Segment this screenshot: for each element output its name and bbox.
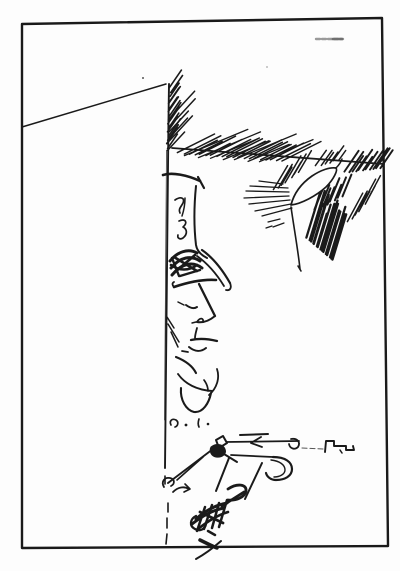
- grip-line-2: [245, 463, 262, 499]
- halo-top-right-hatch: [344, 148, 392, 172]
- small-mark-c: [170, 419, 177, 427]
- philtrum: [195, 328, 197, 338]
- scanned-page: Pen-and-ink drawing inside a hand-drawn …: [0, 0, 400, 571]
- nose-bridge: [199, 284, 215, 316]
- gun-barrel-line: [225, 441, 299, 442]
- illustration-frame: Pen-and-ink drawing inside a hand-drawn …: [0, 0, 400, 571]
- hand-scribble-tick: [208, 531, 215, 535]
- trigger-guard-inner: [271, 460, 285, 477]
- grip-line-1: [216, 458, 229, 491]
- mouth-line: [191, 339, 217, 341]
- paper-speck-2: [266, 66, 268, 68]
- gun-slide-bottom: [231, 455, 273, 457]
- hat-strap-hook: [226, 283, 231, 290]
- halo-left-small-dashes: [266, 219, 284, 228]
- small-mark-i: [198, 419, 199, 427]
- chin-curve: [176, 357, 196, 373]
- gun-rear-blob: [210, 445, 225, 458]
- eye-tick: [178, 302, 184, 305]
- arm-line-2: [177, 457, 203, 480]
- gun-sight-dash-line: [302, 448, 323, 449]
- ear-squiggle-3: [178, 220, 187, 239]
- halo-right-hatch: [347, 176, 380, 222]
- wall-diagonal-left: [22, 84, 166, 127]
- cap-side: [195, 186, 208, 258]
- eye-stroke: [186, 305, 197, 308]
- small-mark-dot-1: [185, 424, 188, 427]
- hat-strap-1: [202, 250, 230, 283]
- brow-ridge: [174, 280, 216, 287]
- cap-brim-tick: [198, 177, 204, 188]
- ear-squiggle-1: [175, 198, 184, 213]
- candle-stem: [291, 207, 300, 269]
- cheek-line-1: [167, 317, 174, 328]
- paper-speck-1: [142, 77, 144, 79]
- brow-ridge-curl: [173, 282, 175, 287]
- muzzle-foot-tick: [340, 450, 342, 453]
- gun-top-line: [240, 434, 268, 435]
- sketch-canvas: [0, 0, 400, 571]
- arm-line-1: [168, 449, 213, 483]
- collar-u-curve: [181, 388, 211, 412]
- small-mark-dot-2: [207, 423, 210, 426]
- nose-dash: [192, 322, 196, 323]
- jaw-curve: [178, 374, 212, 391]
- wall-edge-dashes: [165, 476, 168, 544]
- sketch-svg: [0, 0, 400, 571]
- frame-border: [22, 18, 388, 548]
- lip-dash: [182, 351, 188, 352]
- halo-left-rays: [244, 181, 292, 216]
- lower-lip: [189, 347, 206, 351]
- brow-scribble-g: [180, 270, 200, 276]
